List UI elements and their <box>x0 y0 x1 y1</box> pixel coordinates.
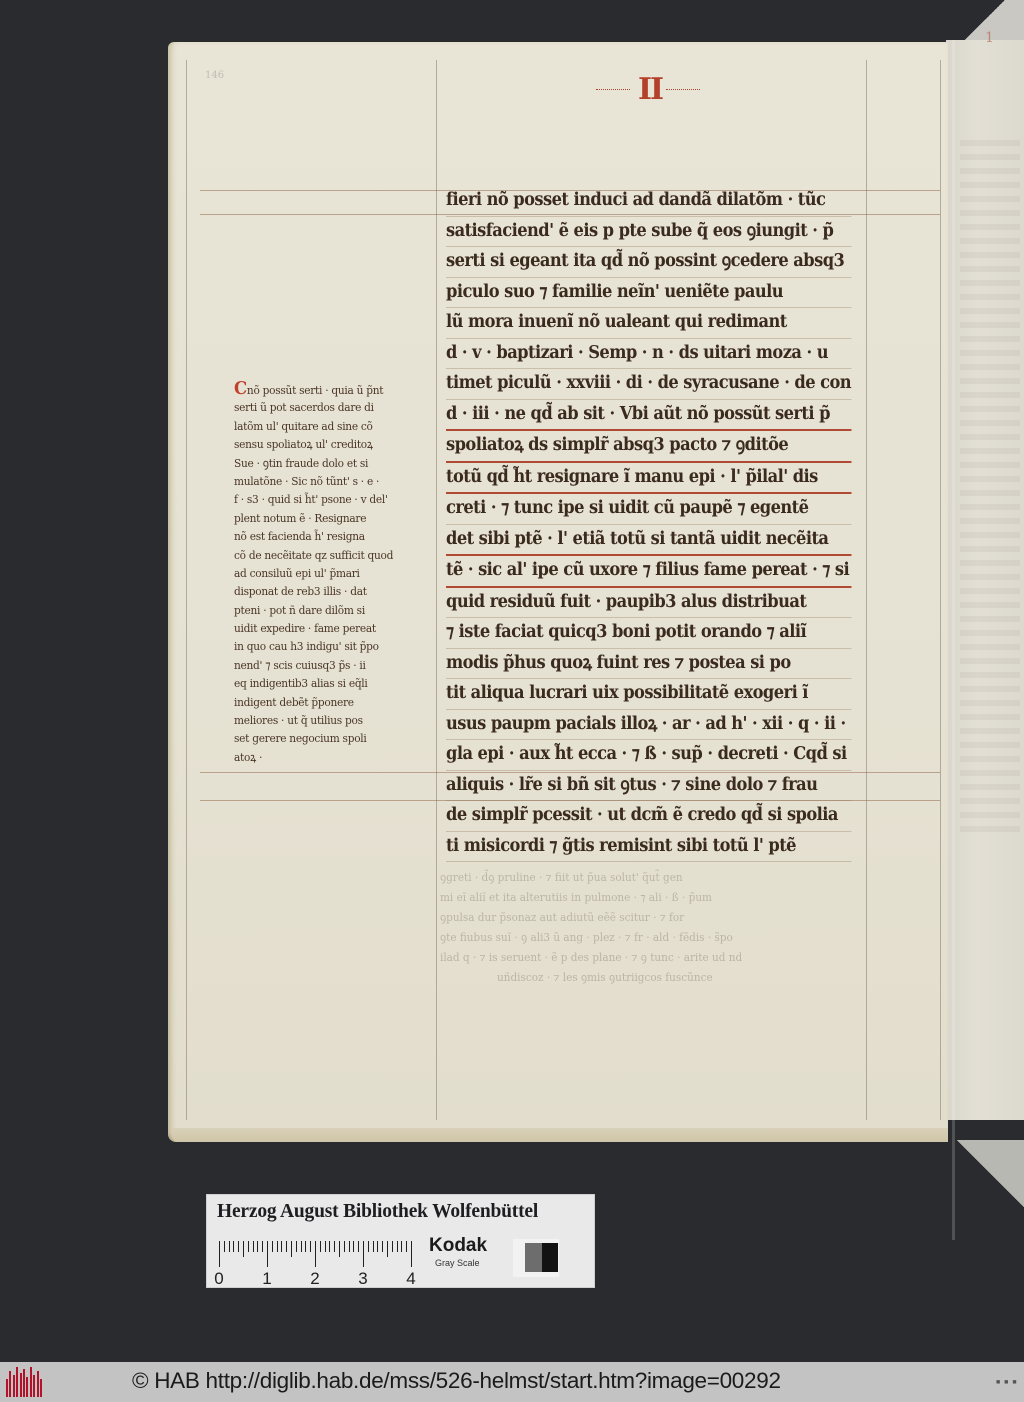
text-line: timet piculũ · xxviii · di · de syracusa… <box>446 369 851 400</box>
gloss-line: uidit expedire · fame pereat <box>234 619 418 637</box>
ruler-tick <box>301 1241 302 1252</box>
text-line: usus paupm pacials illoꝝ · ar · ad h' · … <box>446 710 851 741</box>
text-line: de simplr̃ pcessit · ut dcm̃ ẽ credo qd̃… <box>446 801 851 832</box>
text-line-underlined: totũ qd̃ h̃t resignare ĩ manu epi · l' p… <box>446 463 851 495</box>
gray-swatch-mid <box>525 1243 542 1272</box>
library-name: Herzog August Bibliothek Wolfenbüttel <box>217 1201 538 1223</box>
ruler-tick <box>397 1241 398 1252</box>
ruler-label: 2 <box>310 1269 319 1289</box>
text-line: aliquis · lr̃e si bñ sit ꝯtus · ⁊ sine d… <box>446 771 851 802</box>
pencil-folio-number: 146 <box>205 70 224 81</box>
text-line: serti si egeant ita qd̃ nõ possint ꝯcede… <box>446 247 851 278</box>
gloss-line: set gerere negocium spoli <box>234 729 418 747</box>
marginal-gloss: Cnõ possũt serti · quia ũ p̃nt serti ũ p… <box>234 380 434 766</box>
ruler-tick <box>325 1241 326 1252</box>
chapter-flourish-right <box>666 89 700 92</box>
text-line-underlined: spoliatoꝝ ds simplr̃ absq3 pacto ⁊ ꝯditõ… <box>446 431 851 463</box>
facing-folio-mark: 1 <box>985 30 994 46</box>
kodak-brand: Kodak <box>429 1235 487 1257</box>
ruling-margin-right <box>940 60 941 1120</box>
text-line: creti · ⁊ tunc ipe si uidit cũ paupẽ ⁊ e… <box>446 494 851 525</box>
ghost-line: ilad q · ⁊ is seruent · ẽ p des plane · … <box>440 948 858 968</box>
ruler-tick <box>363 1241 364 1267</box>
text-line: modis p̃hus quoꝝ fuint res ⁊ postea si p… <box>446 649 851 680</box>
text-line: piculo suo ⁊ familie neĩn' ueniẽte paulu <box>446 278 851 309</box>
ruler-tick <box>267 1241 268 1267</box>
ruler-tick <box>291 1241 292 1257</box>
ruler-tick <box>243 1241 244 1257</box>
ruler-label: 4 <box>406 1269 415 1289</box>
gloss-line: pteni · pot ñ dare dilõm si <box>234 601 418 619</box>
logo-bar <box>13 1375 15 1397</box>
logo-bar <box>16 1367 18 1397</box>
ruler-tick <box>373 1241 374 1252</box>
ruler-tick <box>320 1241 321 1252</box>
ruler-tick <box>257 1241 258 1252</box>
ruler-tick <box>334 1241 335 1252</box>
ruler-tick <box>339 1241 340 1257</box>
logo-bar <box>40 1379 42 1397</box>
main-text-column: fieri nõ posset induci ad dandã dilatõm … <box>446 186 882 862</box>
ruler-tick <box>358 1241 359 1252</box>
gloss-line: sensu spoliatoꝝ ul' creditoꝝ <box>234 435 418 453</box>
scale-ruler: 0 1 2 3 4 <box>219 1241 417 1271</box>
gloss-line: ad consiluũ epi ul' p̃mari <box>234 564 418 582</box>
logo-bar <box>6 1379 8 1397</box>
logo-bar <box>30 1367 32 1397</box>
text-line: lũ mora inuenĩ nõ ualeant qui redimant <box>446 308 851 339</box>
ruler-tick <box>315 1241 316 1267</box>
ruler-tick <box>377 1241 378 1252</box>
gloss-line: nõ est facienda h̃' resigna <box>234 527 418 545</box>
gloss-line: serti ũ pot sacerdos dare di <box>234 398 418 416</box>
ruler-tick <box>238 1241 239 1252</box>
protective-sleeve-bottom <box>956 1140 1024 1240</box>
gloss-line: cõ de necẽitate qz sufficit quod <box>234 546 418 564</box>
color-calibration-card: Herzog August Bibliothek Wolfenbüttel 0 … <box>206 1194 595 1288</box>
ruler-tick <box>353 1241 354 1252</box>
text-line: satisfaciend' ẽ eis p pte sube q̃ eos ꝯi… <box>446 217 851 248</box>
ruler-tick <box>387 1241 388 1257</box>
gloss-line: eq indigentib3 alias si eq̃li <box>234 674 418 692</box>
ghost-line: ꝯgreti · d̃ꝯ pruline · ⁊ fiit ut p̃ua so… <box>440 868 858 888</box>
ruler-tick <box>272 1241 273 1252</box>
ghost-line: mi eĩ aliĩ et ita alterutiis in pulmone … <box>440 888 858 908</box>
sleeve-fold-line <box>952 40 955 1240</box>
gloss-line: mulatõne · Sic nõ tũnt' s · e · <box>234 472 418 490</box>
ruler-label: 1 <box>262 1269 271 1289</box>
ruler-tick <box>406 1241 407 1252</box>
ghost-line: ꝯpulsa dur p̃sonaz aut adiutũ eẽẽ scitur… <box>440 908 858 928</box>
ruler-tick <box>281 1241 282 1252</box>
ruler-tick <box>229 1241 230 1252</box>
red-initial: C <box>234 380 247 398</box>
bleed-through-text: ꝯgreti · d̃ꝯ pruline · ⁊ fiit ut p̃ua so… <box>440 868 880 988</box>
ruler-tick <box>382 1241 383 1252</box>
gloss-line: meliores · ut q̃ utilius pos <box>234 711 418 729</box>
logo-bar <box>23 1369 25 1397</box>
ruler-tick <box>310 1241 311 1252</box>
gloss-line: Sue · ꝯtin fraude dolo et si <box>234 454 418 472</box>
ruler-tick <box>224 1241 225 1252</box>
ruler-tick <box>349 1241 350 1252</box>
text-line: d · v · baptizari · Semp · n · ds uitari… <box>446 339 851 370</box>
gloss-line: f · s3 · quid si h̃t' psone · v del' <box>234 490 418 508</box>
text-line: gla epi · aux h̃t ecca · ⁊ ß · sup̃ · de… <box>446 740 851 771</box>
ruler-tick <box>329 1241 330 1252</box>
ruler-tick <box>296 1241 297 1252</box>
gloss-line: disponat de reb3 illis · dat <box>234 582 418 600</box>
ghost-line: uñdiscoz · ⁊ les ꝯmis ꝯutriigcos fuscũnc… <box>440 968 858 988</box>
copyright-url[interactable]: © HAB http://diglib.hab.de/mss/526-helms… <box>132 1368 781 1394</box>
text-line: quid residuũ fuit · paupib3 alus distrib… <box>446 588 851 619</box>
facing-page-text-ghost <box>960 140 1020 840</box>
ruler-tick <box>305 1241 306 1252</box>
gray-scale-label: Gray Scale <box>435 1258 480 1268</box>
logo-bar <box>33 1375 35 1397</box>
logo-bar <box>37 1371 39 1397</box>
gray-scale-swatch <box>513 1239 559 1277</box>
ruler-tick <box>233 1241 234 1252</box>
gloss-line: latõm ul' quitare ad sine cõ <box>234 417 418 435</box>
ruler-tick <box>401 1241 402 1252</box>
ruler-label: 3 <box>358 1269 367 1289</box>
gloss-line: atoꝝ · <box>234 748 418 766</box>
text-line-underlined: det sibi ptẽ · l' etiã totũ si tantã uid… <box>446 525 851 557</box>
gloss-line: in quo cau h3 indigu' sit p̃po <box>234 637 418 655</box>
gloss-line: nend' ⁊ scis cuiusq3 p̃s · ii <box>234 656 418 674</box>
ruler-tick <box>344 1241 345 1252</box>
logo-bar <box>20 1373 22 1397</box>
ruler-tick <box>392 1241 393 1252</box>
ruler-tick <box>277 1241 278 1252</box>
logo-bar <box>26 1377 28 1397</box>
viewer-controls-icon[interactable]: ■ ■ ■ <box>996 1379 1018 1386</box>
leaf-bottom-edge <box>172 1128 948 1142</box>
gloss-line: Cnõ possũt serti · quia ũ p̃nt <box>234 380 418 398</box>
gloss-line: indigent debẽt p̃ponere <box>234 693 418 711</box>
text-line: tit aliqua lucrari uix possibilitatẽ exo… <box>446 679 851 710</box>
ruler-tick <box>262 1241 263 1252</box>
ghost-line: ꝯte fiubus suĩ · ꝯ ali3 ũ ang · plez · ⁊… <box>440 928 858 948</box>
logo-bar <box>9 1371 11 1397</box>
gray-swatch-dark <box>542 1243 558 1272</box>
hab-logo-icon <box>6 1367 46 1397</box>
gloss-line: plent notum ẽ · Resignare <box>234 509 418 527</box>
text-line: fieri nõ posset induci ad dandã dilatõm … <box>446 186 851 217</box>
text-line-underlined: tẽ · sic al' ipe cũ uxore ⁊ filius fame … <box>446 556 851 588</box>
ruler-label: 0 <box>214 1269 223 1289</box>
ruler-tick <box>248 1241 249 1252</box>
ruler-tick <box>253 1241 254 1252</box>
text-line: ti misicordi ⁊ g̃tis remisint sibi totũ … <box>446 832 851 863</box>
ruling-margin-left <box>186 60 187 1120</box>
text-line-underlined: d · iii · ne qd̃ ab sit · Vbi aũt nõ pos… <box>446 400 851 432</box>
ruling-column-left <box>436 60 437 1120</box>
ruler-tick <box>368 1241 369 1252</box>
copyright-footer: © HAB http://diglib.hab.de/mss/526-helms… <box>0 1362 1024 1402</box>
ruler-tick <box>411 1241 412 1267</box>
ruler-tick <box>219 1241 220 1267</box>
text-line: ⁊ iste faciat quicq3 boni potit orando ⁊… <box>446 618 851 649</box>
ruler-tick <box>286 1241 287 1252</box>
